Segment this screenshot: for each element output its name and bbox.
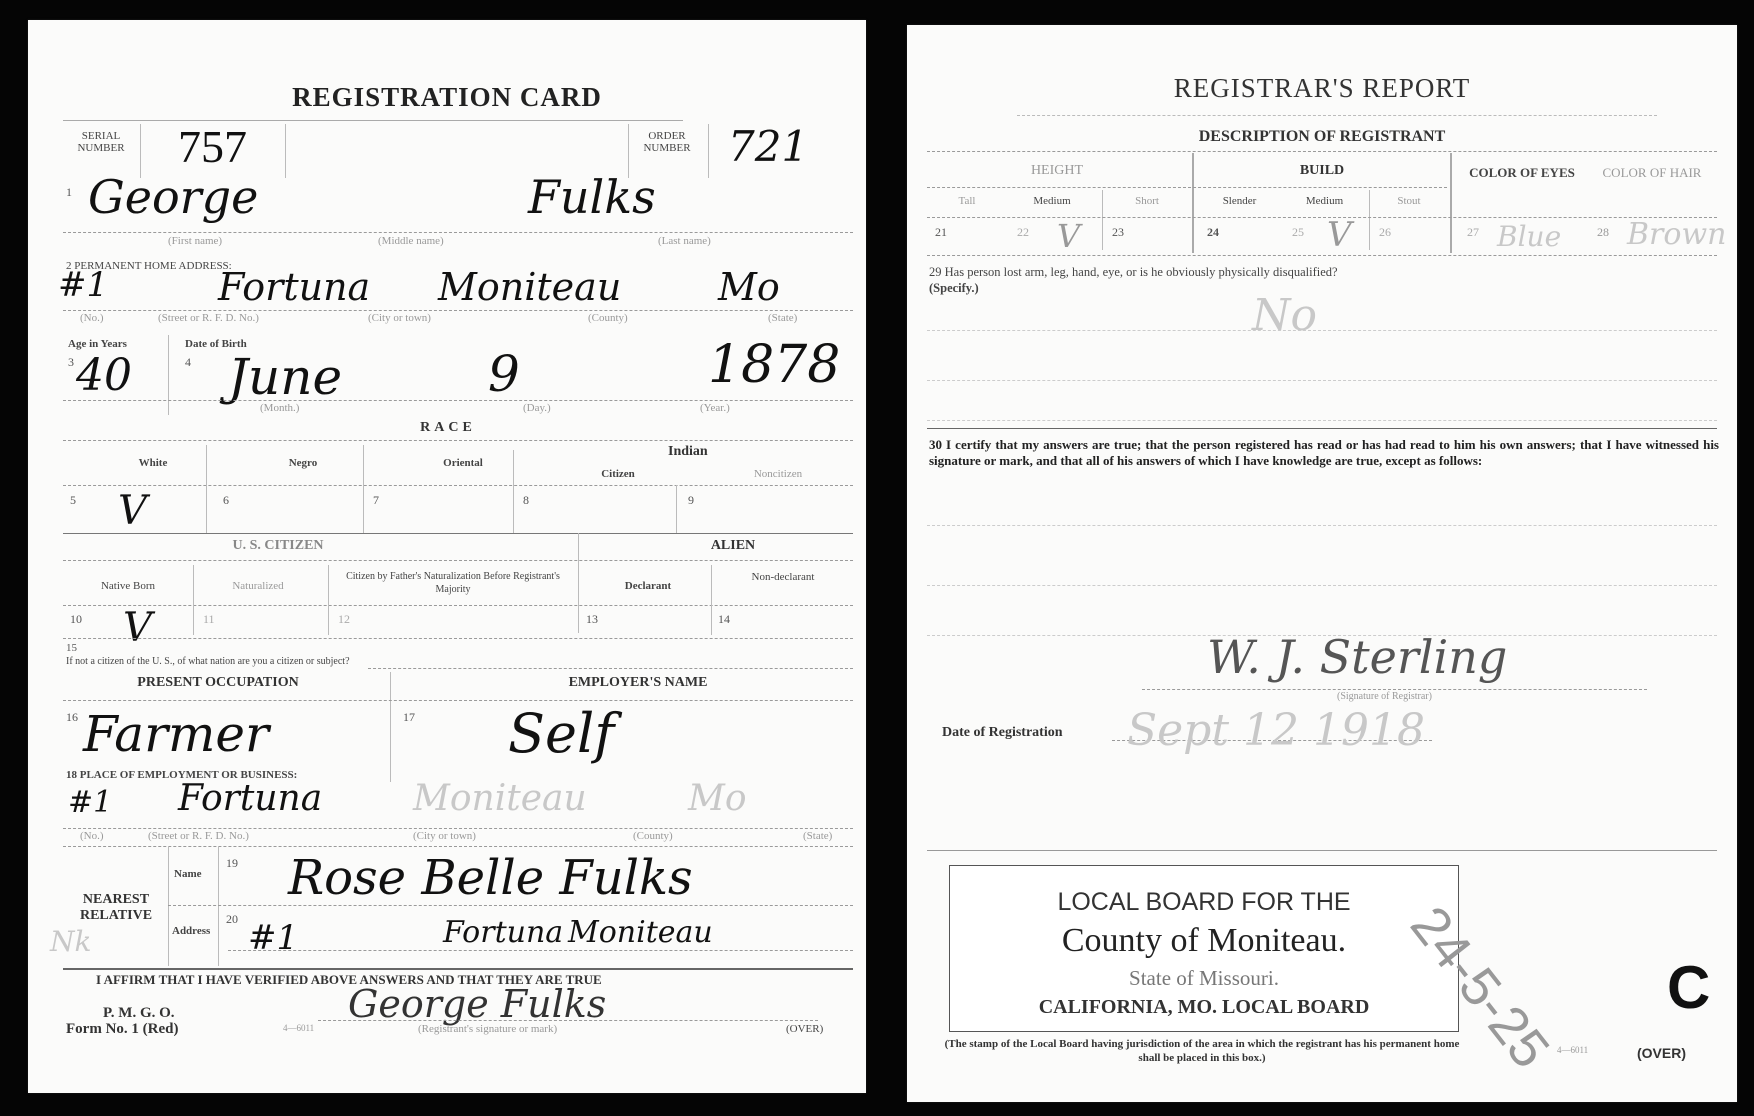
alien-title: ALIEN xyxy=(658,538,808,554)
eyes-value: Blue xyxy=(1497,220,1561,253)
first-name: George xyxy=(88,170,258,224)
employer-value: Self xyxy=(508,702,614,765)
relative-address-street: Fortuna xyxy=(443,915,563,950)
us-citizen-title: U. S. CITIZEN xyxy=(178,538,378,554)
description-subtitle: DESCRIPTION OF REGISTRANT xyxy=(907,128,1737,146)
serial-number: 757 xyxy=(178,120,247,173)
hair-title: COLOR OF HAIR xyxy=(1597,165,1707,180)
race-title: RACE xyxy=(388,420,508,436)
q29-answer: No xyxy=(1252,290,1317,341)
hair-value: Brown xyxy=(1627,217,1726,252)
address-street: Fortuna xyxy=(218,265,370,309)
nearest-relative-label: NEAREST RELATIVE xyxy=(66,892,166,924)
last-name: Fulks xyxy=(528,170,656,224)
build-title: BUILD xyxy=(1197,163,1447,179)
age-value: 40 xyxy=(76,350,132,401)
dob-day: 9 xyxy=(488,345,520,403)
order-number: 721 xyxy=(728,122,808,171)
height-medium-mark: V xyxy=(1057,217,1080,255)
q30-text: 30 I certify that my answers are true; t… xyxy=(929,437,1719,469)
native-born-mark: V xyxy=(123,605,152,651)
stamp-note: (The stamp of the Local Board having jur… xyxy=(937,1037,1467,1065)
report-title: REGISTRAR'S REPORT xyxy=(907,73,1737,104)
eyes-title: COLOR OF EYES xyxy=(1467,165,1577,180)
address-no: #1 xyxy=(58,265,108,305)
form-id-line2: Form No. 1 (Red) xyxy=(66,1021,178,1038)
q15-text: If not a citizen of the U. S., of what n… xyxy=(66,656,350,667)
place-state: Mo xyxy=(688,778,747,819)
relative-name: Rose Belle Fulks xyxy=(288,850,693,906)
stamp-county: County of Moniteau. xyxy=(950,922,1458,960)
form-id-line1: P. M. G. O. xyxy=(103,1005,175,1022)
place-city: Moniteau xyxy=(413,778,587,819)
address-state: Mo xyxy=(718,265,780,309)
q29-text: 29 Has person lost arm, leg, hand, eye, … xyxy=(929,265,1729,280)
indian-label: Indian xyxy=(668,444,708,460)
address-city: Moniteau xyxy=(438,265,621,309)
registrar-signature: W. J. Sterling xyxy=(1207,630,1507,684)
card-title: REGISTRATION CARD xyxy=(28,82,866,113)
age-label: Age in Years xyxy=(68,338,127,350)
date-of-registration-label: Date of Registration xyxy=(942,725,1063,741)
date-of-registration-value: Sept 12 1918 xyxy=(1127,705,1425,756)
local-board-stamp: LOCAL BOARD FOR THE County of Moniteau. … xyxy=(949,865,1459,1032)
employer-title: EMPLOYER'S NAME xyxy=(428,675,848,691)
registrars-report: REGISTRAR'S REPORT DESCRIPTION OF REGIST… xyxy=(907,25,1737,1102)
occupation-title: PRESENT OCCUPATION xyxy=(68,675,368,691)
dob-month: June xyxy=(228,348,342,406)
margin-note: Nk xyxy=(50,925,91,958)
race-white-mark: V xyxy=(118,488,147,534)
place-street: Fortuna xyxy=(178,778,322,819)
relative-address-city: Moniteau xyxy=(568,915,713,950)
order-number-label: ORDER NUMBER xyxy=(632,130,702,154)
registration-card: REGISTRATION CARD SERIAL NUMBER 757 ORDE… xyxy=(28,20,866,1093)
letter-mark: C xyxy=(1667,953,1710,1022)
serial-number-label: SERIAL NUMBER xyxy=(66,130,136,154)
height-title: HEIGHT xyxy=(927,163,1187,179)
over-label: (OVER) xyxy=(786,1023,823,1035)
build-medium-mark: V xyxy=(1327,215,1352,255)
dob-year: 1878 xyxy=(708,335,840,395)
over-label-right: (OVER) xyxy=(1637,1045,1686,1061)
occupation-value: Farmer xyxy=(83,705,269,763)
